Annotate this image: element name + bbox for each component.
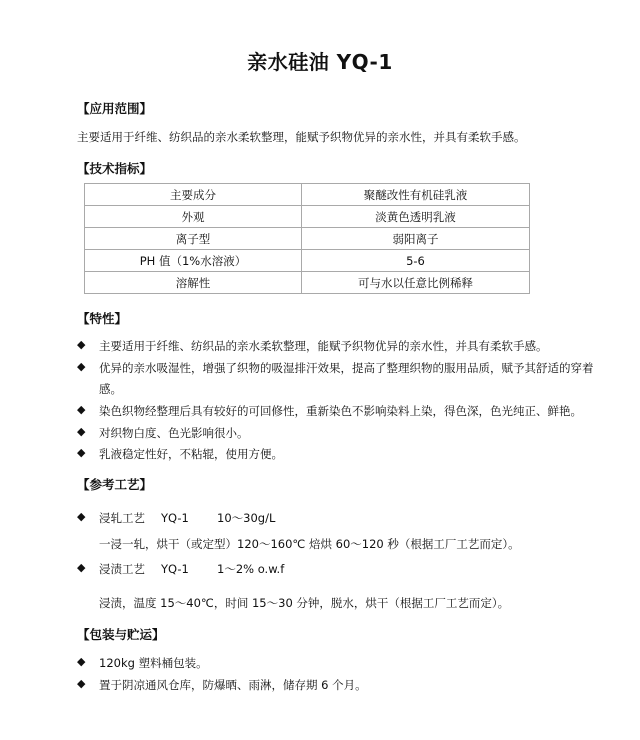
process-dosage: 1～2% o.w.f bbox=[217, 561, 284, 577]
table-row: 外观 淡黄色透明乳液 bbox=[85, 206, 530, 228]
process-line: 浸渍工艺YQ-11～2% o.w.f bbox=[99, 561, 284, 577]
spec-table: 主要成分 聚醚改性有机硅乳液 外观 淡黄色透明乳液 离子型 弱阳离子 PH 值（… bbox=[84, 183, 530, 294]
process-product: YQ-1 bbox=[161, 511, 217, 525]
feature-text: 乳液稳定性好，不粘辊，使用方便。 bbox=[99, 446, 283, 462]
process-detail: 浸渍，温度 15～40℃，时间 15～30 分钟，脱水，烘干（根据工厂工艺而定）… bbox=[99, 595, 509, 611]
feature-text-continuation: 感。 bbox=[99, 381, 122, 397]
diamond-bullet-icon: ◆ bbox=[77, 510, 85, 523]
table-row: 溶解性 可与水以任意比例稀释 bbox=[85, 272, 530, 294]
packaging-text: 置于阴凉通风仓库，防爆晒、雨淋，储存期 6 个月。 bbox=[99, 677, 367, 693]
spec-value: 淡黄色透明乳液 bbox=[302, 206, 530, 228]
diamond-bullet-icon: ◆ bbox=[77, 360, 85, 373]
process-product: YQ-1 bbox=[161, 562, 217, 576]
packaging-text: 120kg 塑料桶包装。 bbox=[99, 655, 208, 671]
process-name: 浸渍工艺 bbox=[99, 561, 161, 577]
table-row: 主要成分 聚醚改性有机硅乳液 bbox=[85, 184, 530, 206]
spec-value: 可与水以任意比例稀释 bbox=[302, 272, 530, 294]
document-title: 亲水硅油 YQ-1 bbox=[0, 46, 640, 75]
spec-value: 弱阳离子 bbox=[302, 228, 530, 250]
spec-key: 主要成分 bbox=[85, 184, 302, 206]
table-row: 离子型 弱阳离子 bbox=[85, 228, 530, 250]
diamond-bullet-icon: ◆ bbox=[77, 425, 85, 438]
process-dosage: 10～30g/L bbox=[217, 510, 275, 526]
process-detail: 一浸一轧，烘干（或定型）120～160℃ 焙烘 60～120 秒（根据工厂工艺而… bbox=[99, 536, 520, 552]
spec-key: 离子型 bbox=[85, 228, 302, 250]
diamond-bullet-icon: ◆ bbox=[77, 677, 85, 690]
spec-key: PH 值（1%水溶液） bbox=[85, 250, 302, 272]
process-line: 浸轧工艺YQ-110～30g/L bbox=[99, 510, 275, 526]
section-heading-application: 【应用范围】 bbox=[77, 99, 152, 117]
feature-text: 主要适用于纤维、纺织品的亲水柔软整理，能赋予织物优异的亲水性，并具有柔软手感。 bbox=[99, 338, 548, 354]
spec-value: 5-6 bbox=[302, 250, 530, 272]
diamond-bullet-icon: ◆ bbox=[77, 403, 85, 416]
application-text: 主要适用于纤维、纺织品的亲水柔软整理，能赋予织物优异的亲水性，并具有柔软手感。 bbox=[77, 129, 526, 145]
feature-text: 优异的亲水吸湿性，增强了织物的吸湿排汗效果，提高了整理织物的服用品质，赋予其舒适… bbox=[99, 360, 594, 376]
section-heading-specs: 【技术指标】 bbox=[77, 159, 152, 177]
table-row: PH 值（1%水溶液） 5-6 bbox=[85, 250, 530, 272]
spec-value: 聚醚改性有机硅乳液 bbox=[302, 184, 530, 206]
diamond-bullet-icon: ◆ bbox=[77, 561, 85, 574]
diamond-bullet-icon: ◆ bbox=[77, 446, 85, 459]
diamond-bullet-icon: ◆ bbox=[77, 655, 85, 668]
spec-key: 溶解性 bbox=[85, 272, 302, 294]
diamond-bullet-icon: ◆ bbox=[77, 338, 85, 351]
feature-text: 对织物白度、色光影响很小。 bbox=[99, 425, 249, 441]
section-heading-features: 【特性】 bbox=[77, 309, 127, 327]
process-name: 浸轧工艺 bbox=[99, 510, 161, 526]
section-heading-packaging: 【包装与贮运】 bbox=[77, 625, 165, 643]
spec-key: 外观 bbox=[85, 206, 302, 228]
feature-text: 染色织物经整理后具有较好的可回修性，重新染色不影响染料上染，得色深，色光纯正、鲜… bbox=[99, 403, 582, 419]
section-heading-process: 【参考工艺】 bbox=[77, 475, 152, 493]
